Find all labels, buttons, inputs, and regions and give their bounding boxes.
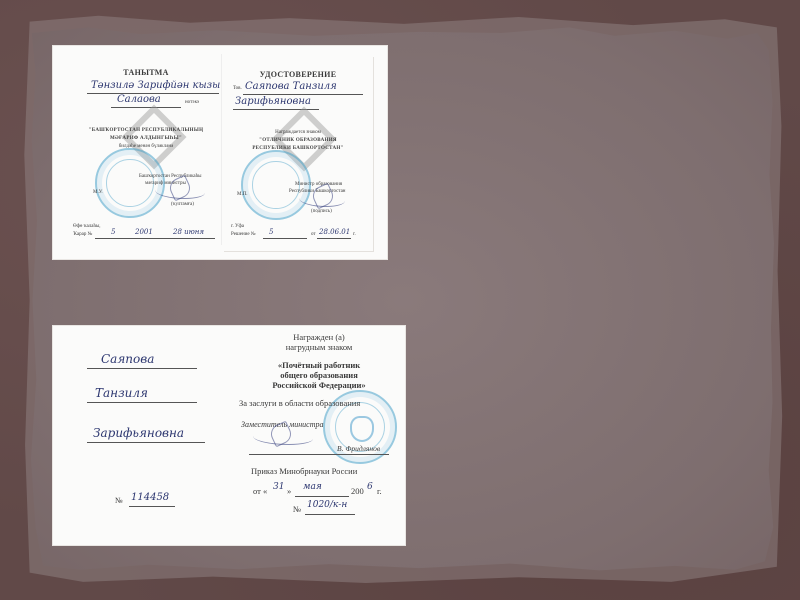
order-text: Приказ Минобрнауки России (251, 466, 405, 476)
badge-name: общего образования (233, 370, 405, 380)
underline (129, 506, 175, 507)
awarded-text: нагрудным знаком (233, 342, 405, 352)
award-text: РЕСПУБЛИКИ БАШКОРТОСТАН" (223, 146, 373, 151)
deputy-title: Заместитель министра (241, 420, 405, 429)
underline (249, 454, 389, 455)
certificate-left-page-holder: Саяпова Танзиля Зарифьяновна № 114458 (53, 326, 231, 545)
underline (111, 107, 181, 108)
signature-icon (299, 192, 345, 207)
underline (295, 496, 349, 497)
badge-name: «Почётный работник (233, 360, 405, 370)
order-month: мая (303, 482, 322, 492)
underline (87, 402, 197, 403)
merit-text: За заслуги в области образования (239, 398, 405, 408)
signature-caption: (ҡултамға) (171, 202, 221, 207)
badge-name: Российской Федерации» (233, 380, 405, 390)
handwritten-surname: Саяпова (101, 352, 154, 366)
certificate-number: 114458 (131, 492, 169, 503)
handwritten-patronymic: Зарифьяновна (235, 96, 311, 107)
order-day: 31 (273, 482, 284, 492)
year-unit: г. (377, 486, 405, 496)
order-number: 1020/к-н (307, 500, 347, 510)
certificate-right-page-russian: УДОСТОВЕРЕНИЕ Тов. Саяпова Танзиля Зариф… (223, 56, 373, 251)
award-text: билдәһе менән бүләкләнә (71, 144, 221, 149)
underline (243, 94, 363, 95)
underline (87, 442, 205, 443)
underline (263, 238, 307, 239)
handwritten-surname: Салаова (117, 94, 161, 105)
certificate-title: ТАНЫТМА (71, 68, 221, 77)
official-title: Министр образования (295, 182, 373, 187)
year-suffix: 6 (367, 482, 373, 492)
underline (305, 514, 355, 515)
certificate-title: УДОСТОВЕРЕНИЕ (223, 70, 373, 79)
order-date: 28 июня (173, 228, 204, 236)
certificate-left-page-bashkir: ТАНЫТМА Тәнзилә Зарифйән кызы Салаова но… (71, 54, 222, 245)
underline (87, 368, 197, 369)
handwritten-name: Саяпова Танзиля (245, 81, 337, 92)
decision-number: 5 (269, 228, 273, 236)
decision-date: 28.06.01 (319, 228, 350, 236)
decision-date-suffix: г. (353, 232, 373, 237)
city-line: г. Уфа (231, 224, 373, 229)
award-text: "ОТЛИЧНИК ОБРАЗОВАНИЯ (223, 138, 373, 143)
award-text: "БАШҠОРТОСТАН РЕСПУБЛИКАЛЫНЫҢ (71, 128, 221, 133)
certificate-russian-federation: Саяпова Танзиля Зарифьяновна № 114458 На… (53, 326, 405, 545)
certificate-bashkortostan: ТАНЫТМА Тәнзилә Зарифйән кызы Салаова но… (53, 46, 387, 259)
signature-icon (253, 430, 313, 445)
suffix-text: нотэкэ (185, 100, 221, 105)
award-text: МӘҒАРИФ АЛДЫНГЫҺЫ" (71, 136, 221, 141)
order-number: 5 (111, 228, 115, 236)
certificate-right-page-award: Награжден (а) нагрудным знаком «Почётный… (233, 326, 405, 545)
signature-icon (155, 184, 205, 199)
award-intro: Награждается знаком (223, 130, 373, 135)
signature-caption: (подпись) (311, 209, 373, 214)
underline (95, 238, 215, 239)
underline (317, 238, 351, 239)
handwritten-patronymic: Зарифьяновна (93, 426, 184, 440)
handwritten-name: Тәнзилә Зарифйән кызы (91, 80, 220, 91)
signatory-name: В. Фридлянов (337, 444, 405, 453)
handwritten-first-name: Танзиля (95, 386, 148, 400)
order-year: 2001 (135, 228, 153, 236)
awarded-text: Награжден (а) (233, 332, 405, 342)
